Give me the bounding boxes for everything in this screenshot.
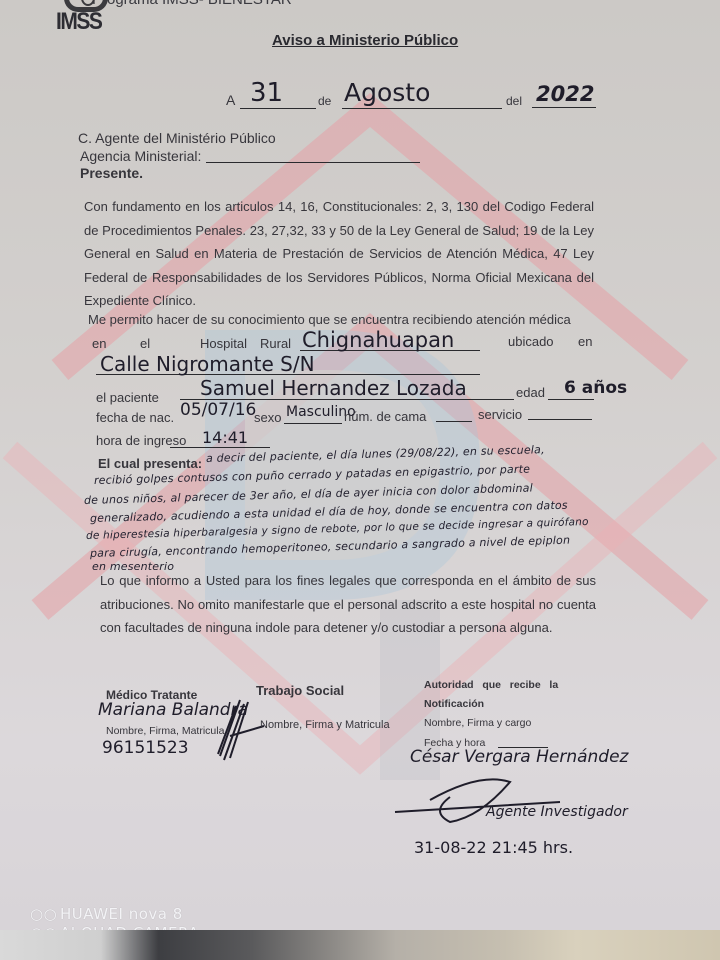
located-en: en [578,334,592,349]
agency-label: Agencia Ministerial: [80,148,201,164]
date-del: del [506,94,522,108]
authority-signature-scribble [390,772,590,832]
hospital-value[interactable]: Chignahuapan [302,328,454,352]
camera-brand-line: ○○HUAWEI nova 8 [30,905,183,923]
age-label: edad [516,385,545,400]
background-surface [0,930,720,960]
date-day[interactable]: 31 [250,78,283,108]
authority-title-1: Autoridad que recibe la [424,679,558,691]
date-prefix: A [226,92,235,108]
document-page: IMSS Programa IMSS- BIENESTAR Aviso a Mi… [0,0,720,930]
patient-label: el paciente [96,390,159,405]
located-label: ubicado [508,334,554,349]
doctor-signature-scribble [200,696,270,776]
social-work-caption: Nombre, Firma y Matricula [260,719,390,731]
admission-line [170,447,270,448]
hospital-prefix-hospital: Hospital [200,336,247,351]
authority-title-2: Notificación [424,698,484,710]
date-de: de [318,94,331,108]
service-label: servicio [478,407,522,422]
camera-model: HUAWEI nova 8 [60,905,183,923]
patient-value[interactable]: Samuel Hernandez Lozada [200,376,467,400]
authority-position[interactable]: Agente Investigador [486,804,628,820]
sex-label: sexo [254,410,281,425]
authority-datetime[interactable]: 31-08-22 21:45 hrs. [414,838,573,857]
presents-label: El cual presenta: [98,456,202,471]
dob-value[interactable]: 05/07/16 [180,400,256,420]
program-name: Programa IMSS- BIENESTAR [92,0,292,8]
bed-label: núm. de cama [344,409,426,424]
document-title: Aviso a Ministerio Público [272,32,458,49]
authority-name[interactable]: César Vergara Hernández [410,747,628,767]
age-line [548,399,594,400]
logo-text: IMSS [56,8,101,36]
legal-basis-paragraph: Con fundamento en los articulos 14, 16, … [84,195,594,313]
doctor-matricula[interactable]: 96151523 [102,738,189,758]
closing-paragraph: Lo que informo a Usted para los fines le… [100,569,596,640]
social-work-title: Trabajo Social [256,683,344,698]
year-line [532,107,596,108]
authority-caption: Nombre, Firma y cargo [424,717,531,729]
month-line [342,108,502,109]
date-year[interactable]: 2022 [536,82,594,106]
age-value[interactable]: 6 años [564,378,627,398]
hospital-prefix-el: el [140,336,150,351]
address-value[interactable]: Calle Nigromante S/N [100,352,315,376]
sex-line [284,423,342,424]
bed-field[interactable] [436,421,472,422]
camera-lens-icon: ○○ [30,905,60,923]
hospital-prefix-rural: Rural [260,336,291,351]
day-line [240,108,316,109]
agency-field[interactable] [206,162,420,163]
admission-label: hora de ingreso [96,433,186,448]
hospital-prefix-en: en [92,336,106,351]
date-month[interactable]: Agosto [344,78,430,107]
dob-label: fecha de nac. [96,410,174,425]
admission-value[interactable]: 14:41 [202,428,248,447]
addressee-line: C. Agente del Ministério Público [78,130,276,146]
service-field[interactable] [528,419,592,420]
presente-label: Presente. [80,165,143,181]
intro-text: Me permito hacer de su conocimiento que … [88,312,571,327]
